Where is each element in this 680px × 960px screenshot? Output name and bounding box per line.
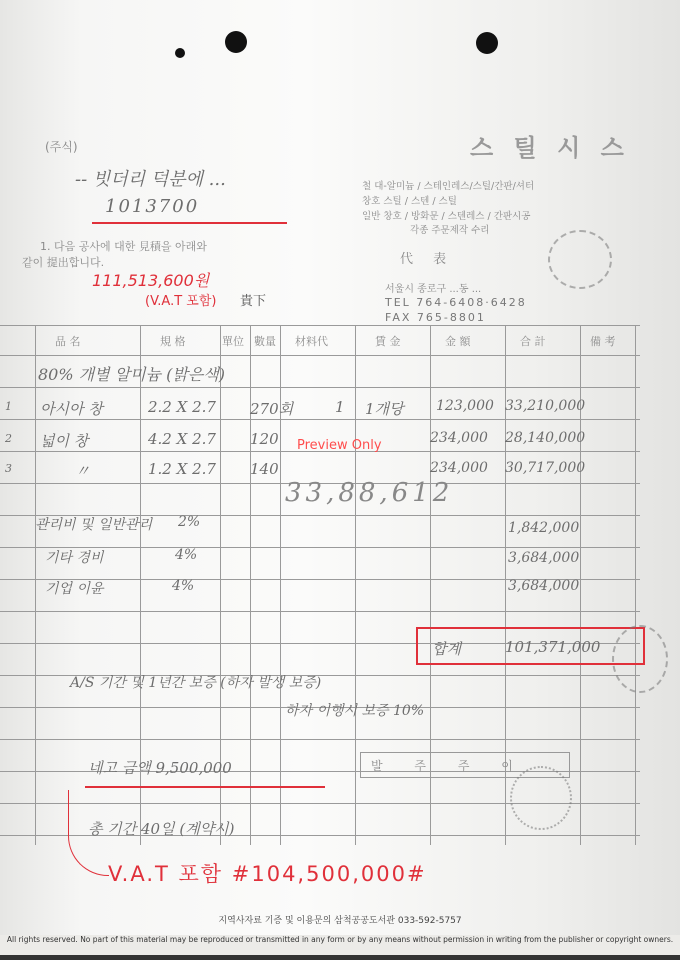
red-amount: 111,513,600원 — [92, 268, 209, 291]
row-spec: 4.2 X 2.7 — [148, 430, 216, 448]
row-no: 1 — [5, 400, 12, 413]
final-vat-amount: V.A.T 포함 #104,500,000# — [108, 858, 427, 888]
addressee-suffix: 貴下 — [240, 290, 266, 309]
col-header-qty: 數量 — [254, 333, 276, 349]
business-line-4: 각종 주문제작 수리 — [410, 222, 489, 236]
row-spec: 1.2 X 2.7 — [148, 460, 216, 478]
delivery-line: 총 기간 40일 (계약시) — [88, 818, 235, 839]
row-item: 넓이 창 — [40, 430, 88, 451]
red-underline — [92, 222, 287, 224]
representative-label: 代 表 — [400, 248, 454, 267]
row-amount: 28,140,000 — [505, 430, 585, 446]
row-qty: 140 — [250, 460, 279, 478]
binder-hole — [225, 31, 247, 53]
scan-edge — [0, 955, 680, 960]
subject-handwritten: -- 빗더리 덕분에 ... — [75, 165, 226, 191]
adjustment-rate: 4% — [172, 578, 194, 594]
red-arrow — [68, 790, 109, 876]
adjustment-amount: 3,684,000 — [508, 578, 579, 594]
binder-hole-partial — [175, 48, 185, 58]
company-fax: FAX 765-8801 — [385, 311, 486, 324]
col-header-note: 備 考 — [590, 333, 616, 349]
row-unit: 1 — [335, 398, 345, 416]
row-no: 2 — [5, 432, 12, 445]
adjustment-amount: 3,684,000 — [508, 550, 579, 566]
nego-line: 네고 금액 9,500,000 — [88, 757, 232, 778]
red-underline — [85, 786, 325, 788]
binder-hole — [476, 32, 498, 54]
company-title: 스 틸 시 스 — [470, 128, 630, 163]
col-header-item: 品 名 — [55, 333, 81, 349]
warranty-note: A/S 기간 및 1년간 보증 (하자 발생 보증) — [70, 672, 321, 692]
copyright-footer: All rights reserved. No part of this mat… — [0, 935, 680, 944]
col-header-material: 材料代 — [295, 333, 328, 349]
handwritten-mid-figure: 33,88,612 — [285, 478, 453, 508]
business-line-1: 철 대-알미늄 / 스테인레스/스틸/간판/셔터 — [362, 178, 534, 192]
table-row-material-note: 80% 개별 알미늄 (밝은색) — [38, 362, 225, 385]
adjustment-amount: 1,842,000 — [508, 520, 579, 536]
preview-watermark: Preview Only — [297, 438, 382, 453]
col-header-total: 合 計 — [520, 333, 546, 349]
defect-note: 하자 이행시 보증 10% — [285, 700, 424, 720]
row-unit-label: 1개당 — [365, 398, 404, 419]
adjustment-label: 관리비 및 일반관리 — [35, 514, 152, 534]
row-total: 33,210,000 — [505, 398, 585, 414]
col-header-labor: 賃 金 — [375, 333, 401, 349]
row-unit-price: 234,000 — [430, 460, 488, 476]
business-line-2: 창호 스틸 / 스텐 / 스틸 — [362, 193, 457, 207]
business-line-3: 일반 창호 / 방화문 / 스텐레스 / 간판시공 — [362, 208, 530, 222]
client-seal-stamp — [510, 766, 572, 830]
col-header-unit: 單位 — [222, 333, 244, 349]
scanned-document-page: (주식) -- 빗더리 덕분에 ... 1013700 1. 다음 공사에 대한… — [0, 0, 680, 935]
library-footer: 지역사자료 기증 및 이용문의 삼척공공도서관 033-592-5757 — [0, 913, 680, 926]
row-item: 아시아 창 — [40, 398, 103, 419]
seal-stamp — [612, 625, 668, 693]
col-header-amount: 金 額 — [445, 333, 471, 349]
row-qty: 120 — [250, 430, 279, 448]
company-tel: TEL 764-6408·6428 — [385, 296, 527, 309]
red-vat-note: (V.A.T 포함) — [145, 290, 216, 309]
row-no: 3 — [5, 462, 12, 475]
col-header-spec: 規 格 — [160, 333, 186, 349]
adjustment-label: 기타 경비 — [45, 547, 104, 567]
adjustment-label: 기업 이윤 — [45, 578, 104, 598]
row-amount: 123,000 — [436, 398, 494, 414]
total-value: 101,371,000 — [505, 638, 600, 656]
total-label: 합계 — [432, 638, 461, 659]
row-item: 〃 — [75, 460, 90, 481]
recipient-line: (주식) — [45, 138, 78, 155]
company-address: 서울시 종로구 ...동 ... — [385, 280, 481, 295]
row-qty: 270회 — [250, 398, 293, 419]
company-seal-stamp — [548, 230, 612, 289]
adjustment-rate: 2% — [178, 514, 200, 530]
adjustment-rate: 4% — [175, 547, 197, 563]
row-unit-price: 234,000 — [430, 430, 488, 446]
intro-line-1: 1. 다음 공사에 대한 見積을 아래와 — [40, 238, 207, 254]
row-amount: 30,717,000 — [505, 460, 585, 476]
row-spec: 2.2 X 2.7 — [148, 398, 216, 416]
amount-handwritten: 1013700 — [105, 196, 199, 217]
